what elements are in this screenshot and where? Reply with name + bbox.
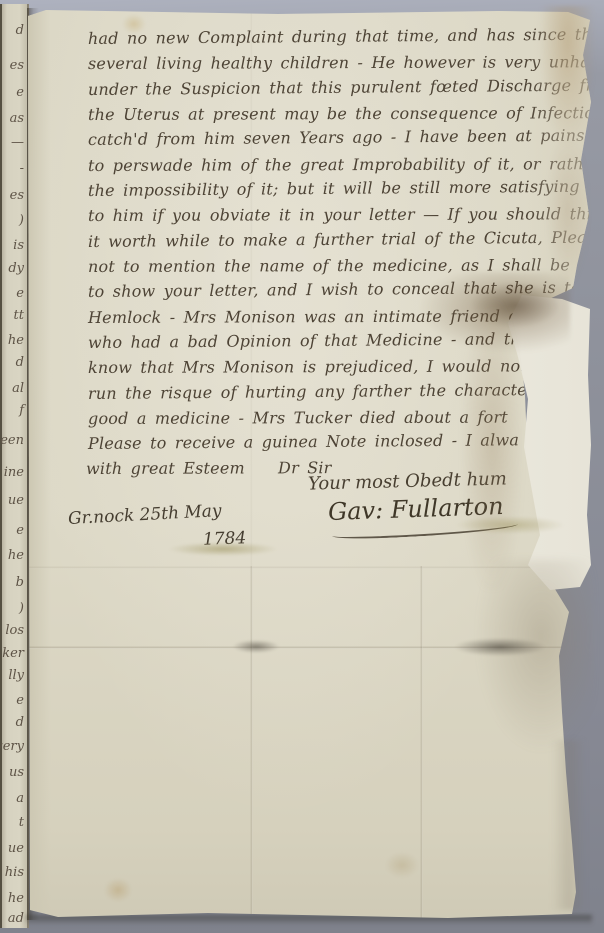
strip-fragment: e	[16, 524, 24, 537]
fold-crease-horizontal-faint	[28, 566, 594, 569]
strip-fragment: los	[5, 624, 24, 637]
photo-background: d es e as — - es ) is dy e tt he d al f …	[0, 0, 604, 933]
dateline-year: 1784	[203, 529, 247, 549]
letter-line: who had a bad Opinion of that Medicine -…	[88, 330, 577, 352]
letter-line: several living healthy children - He how…	[88, 53, 604, 72]
strip-fragment: he	[8, 892, 24, 905]
letter-line: under the Suspicion that this purulent f…	[88, 76, 604, 98]
letter-valediction: Your most Obedt hum	[308, 469, 507, 494]
fold-crease-vertical-right	[420, 566, 423, 918]
strip-fragment: us	[9, 766, 24, 779]
strip-fragment: d	[16, 24, 24, 37]
strip-fragment: t	[19, 816, 24, 829]
strip-fragment: f	[19, 404, 24, 417]
strip-fragment: e	[16, 287, 24, 300]
strip-fragment: very	[0, 740, 24, 753]
letter-line: it worth while to make a further trial o…	[88, 228, 604, 250]
letter-line: know that Mrs Monison is prejudiced, I w…	[88, 357, 527, 376]
strip-fragment: lly	[8, 669, 24, 682]
letter-line: to him if you obviate it in your letter …	[88, 205, 604, 224]
strip-fragment: he	[8, 334, 24, 347]
strip-fragment: ine	[4, 466, 24, 479]
dateline-place: Gr.nock 25th May	[68, 502, 222, 529]
strip-fragment: es	[10, 189, 24, 202]
strip-fragment: d	[16, 356, 24, 369]
strip-fragment: -	[20, 162, 24, 175]
letter-line: Hemlock - Mrs Monison was an intimate fr…	[88, 307, 566, 326]
strip-fragment: e	[16, 86, 24, 99]
strip-fragment: )	[19, 214, 24, 227]
letter-line: good a medicine - Mrs Tucker died about …	[88, 409, 508, 428]
page-bottom-shadow	[26, 915, 592, 925]
strip-fragment: al	[12, 382, 24, 395]
strip-fragment: ad	[8, 912, 24, 925]
strip-fragment: is	[13, 239, 24, 252]
letter-line: had no new Complaint during that time, a…	[88, 25, 604, 48]
strip-fragment: b	[16, 576, 24, 589]
strip-fragment: dy	[8, 262, 24, 275]
strip-fragment: es	[10, 59, 24, 72]
letter-line: Please to receive a guinea Note inclosed…	[88, 431, 519, 452]
strip-fragment: his	[5, 866, 24, 879]
previous-page-strip: d es e as — - es ) is dy e tt he d al f …	[0, 4, 29, 928]
strip-fragment: —	[11, 136, 24, 149]
strip-fragment: tt	[14, 309, 24, 322]
letter-page: had no new Complaint during that time, a…	[28, 10, 594, 918]
strip-fragment: he	[8, 549, 24, 562]
letter-line: catch'd from him seven Years ago - I hav…	[88, 127, 585, 149]
fold-crease-vertical-left-upper	[250, 10, 253, 566]
strip-fragment: ue	[8, 842, 24, 855]
strip-fragment: )	[19, 602, 24, 615]
letter-line: not to mention the name of the medicine,…	[88, 256, 604, 276]
letter-line: to perswade him of the great Improbabili…	[88, 155, 601, 174]
strip-fragment: ue	[8, 494, 24, 507]
strip-fragment: d	[16, 716, 24, 729]
letter-line: run the risque of hurting any farther th…	[88, 381, 535, 402]
letter-line: the impossibility of it; but it will be …	[88, 178, 580, 200]
letter-line: the Uterus at present may be the consequ…	[88, 104, 604, 123]
letter-closing-line: with great Esteem Dr Sir	[86, 459, 332, 477]
strip-fragment: a	[16, 792, 24, 805]
strip-fragment: ker	[2, 647, 24, 660]
strip-fragment: as	[10, 112, 24, 125]
fold-crease-horizontal	[28, 646, 594, 649]
strip-fragment: e	[16, 694, 24, 707]
fold-crease-vertical-left	[250, 566, 253, 918]
strip-fragment: een	[0, 434, 24, 447]
